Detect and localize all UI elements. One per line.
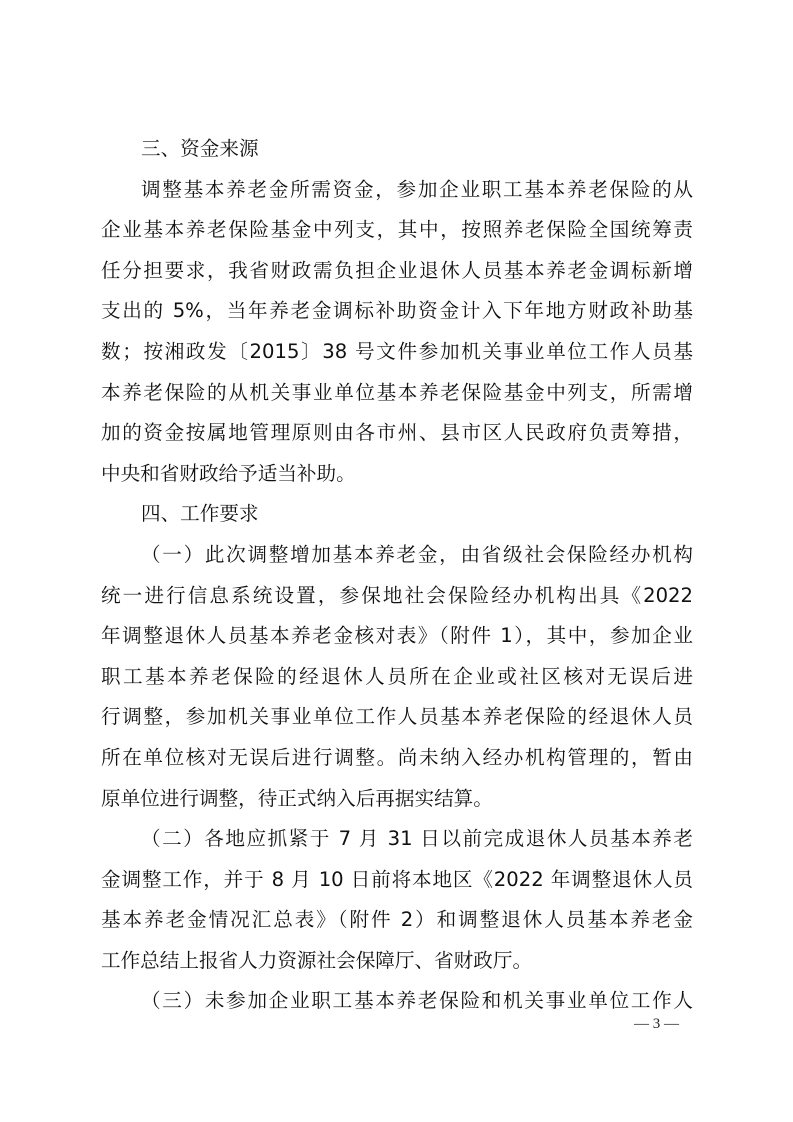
section-heading-work-requirements: 四、工作要求 bbox=[101, 494, 693, 535]
document-body: 三、资金来源 调整基本养老金所需资金，参加企业职工基本养老保险的从 企业基本养老… bbox=[101, 129, 693, 1022]
paragraph-funding-source: 调整基本养老金所需资金，参加企业职工基本养老保险的从 企业基本养老保险基金中列支… bbox=[101, 170, 693, 495]
paragraph-requirement-1: （一）此次调整增加基本养老金，由省级社会保险经办机构 统一进行信息系统设置，参保… bbox=[101, 535, 693, 819]
paragraph-requirement-3: （三）未参加企业职工基本养老保险和机关事业单位工作人 bbox=[101, 981, 693, 1022]
text-line: （一）此次调整增加基本养老金，由省级社会保险经办机构 bbox=[101, 535, 693, 576]
text-line: （二）各地应抓紧于 7 月 31 日以前完成退休人员基本养老 bbox=[101, 819, 693, 860]
text-line: 支出的 5%，当年养老金调标补助资金计入下年地方财政补助基 bbox=[101, 291, 693, 332]
text-line: 统一进行信息系统设置，参保地社会保险经办机构出具《2022 bbox=[101, 576, 693, 617]
text-line: 所在单位核对无误后进行调整。尚未纳入经办机构管理的，暂由 bbox=[101, 738, 693, 779]
text-line: （三）未参加企业职工基本养老保险和机关事业单位工作人 bbox=[101, 981, 693, 1022]
text-line: 金调整工作，并于 8 月 10 日前将本地区《2022 年调整退休人员 bbox=[101, 860, 693, 901]
text-line: 任分担要求，我省财政需负担企业退休人员基本养老金调标新增 bbox=[101, 251, 693, 292]
text-line: 企业基本养老保险基金中列支，其中，按照养老保险全国统筹责 bbox=[101, 210, 693, 251]
text-line: 行调整，参加机关事业单位工作人员基本养老保险的经退休人员 bbox=[101, 697, 693, 738]
paragraph-requirement-2: （二）各地应抓紧于 7 月 31 日以前完成退休人员基本养老 金调整工作，并于 … bbox=[101, 819, 693, 981]
text-line: 工作总结上报省人力资源社会保障厅、省财政厅。 bbox=[101, 941, 693, 982]
section-heading-funding-source: 三、资金来源 bbox=[101, 129, 693, 170]
text-line: 本养老保险的从机关事业单位基本养老保险基金中列支，所需增 bbox=[101, 373, 693, 414]
text-line: 数；按湘政发〔2015〕38 号文件参加机关事业单位工作人员基 bbox=[101, 332, 693, 373]
text-line: 年调整退休人员基本养老金核对表》（附件 1），其中，参加企业 bbox=[101, 616, 693, 657]
text-line: 加的资金按属地管理原则由各市州、县市区人民政府负责筹措， bbox=[101, 413, 693, 454]
page-number: — 3 — bbox=[634, 1016, 679, 1033]
text-line: 调整基本养老金所需资金，参加企业职工基本养老保险的从 bbox=[101, 170, 693, 211]
text-line: 基本养老金情况汇总表》（附件 2）和调整退休人员基本养老金 bbox=[101, 900, 693, 941]
text-line: 中央和省财政给予适当补助。 bbox=[101, 454, 693, 495]
text-line: 原单位进行调整，待正式纳入后再据实结算。 bbox=[101, 779, 693, 820]
text-line: 职工基本养老保险的经退休人员所在企业或社区核对无误后进 bbox=[101, 657, 693, 698]
document-page: 三、资金来源 调整基本养老金所需资金，参加企业职工基本养老保险的从 企业基本养老… bbox=[0, 0, 793, 1122]
